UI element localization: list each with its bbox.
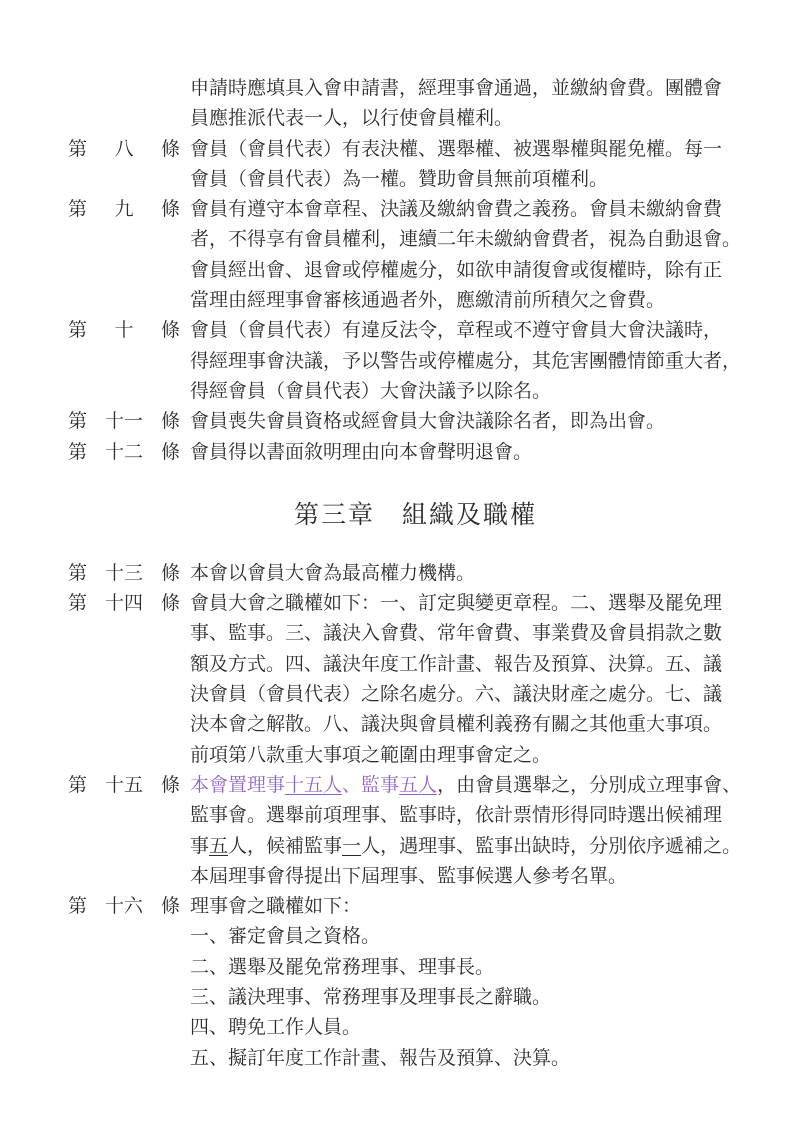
body-text: 五、擬訂年度工作計畫、報告及預算、決算。	[190, 1048, 570, 1069]
body-text: 本屆理事會得提出下屆理事、監事候選人參考名單。	[190, 866, 627, 887]
article-text: 會員大會之職權如下：一、訂定與變更章程。二、選舉及罷免理事、監事。三、議決入會費…	[190, 589, 722, 771]
text-line: 會員喪失會員資格或經會員大會決議除名者，即為出會。	[190, 407, 665, 437]
article-number-token: 條	[161, 589, 180, 619]
article-number: 第九條	[68, 195, 180, 225]
article-number-token: 第	[68, 438, 87, 468]
body-text: 理事會之職權如下：	[190, 896, 361, 917]
body-text: 得經會員（會員代表）大會決議予以除名。	[190, 381, 551, 402]
body-text: 會員（會員代表）為一權。贊助會員無前項權利。	[190, 169, 608, 190]
text-line: 本會置理事十五人、監事五人，由會員選舉之，分別成立理事會、	[190, 771, 741, 801]
text-line: 四、聘免工作人員。	[190, 1013, 570, 1043]
text-line: 者，不得享有會員權利，連續二年未繳納會費者，視為自動退會。	[190, 225, 741, 255]
text-line: 申請時應填具入會申請書，經理事會通過，並繳納會費。團體會	[190, 74, 722, 104]
article-row: 第十一條會員喪失會員資格或經會員大會決議除名者，即為出會。	[68, 407, 763, 437]
body-text: 人，遇理事、監事出缺時，分別依序遞補之。	[361, 836, 741, 857]
body-text: 者，不得享有會員權利，連續二年未繳納會費者，視為自動退會。	[190, 229, 741, 250]
revision-text: 、監事	[342, 775, 399, 796]
article-number-token: 十三	[105, 559, 143, 589]
revision-text: 五人	[399, 775, 437, 796]
article-number-token: 條	[161, 407, 180, 437]
article-row: 第十六條理事會之職權如下：一、審定會員之資格。二、選舉及罷免常務理事、理事長。三…	[68, 892, 763, 1074]
text-line: 當理由經理事會審核通過者外，應繳清前所積欠之會費。	[190, 286, 741, 316]
article-text: 會員喪失會員資格或經會員大會決議除名者，即為出會。	[190, 407, 665, 437]
article-number-token: 九	[114, 195, 133, 225]
text-line: 前項第八款重大事項之範圍由理事會定之。	[190, 741, 722, 771]
article-number: 第十一條	[68, 407, 180, 437]
body-text: 前項第八款重大事項之範圍由理事會定之。	[190, 745, 551, 766]
article-row: 第十五條本會置理事十五人、監事五人，由會員選舉之，分別成立理事會、監事會。選舉前…	[68, 771, 763, 892]
article-number-token: 條	[161, 438, 180, 468]
body-text: 一	[342, 836, 361, 857]
text-line: 得經會員（會員代表）大會決議予以除名。	[190, 377, 741, 407]
body-text: 四、聘免工作人員。	[190, 1017, 361, 1038]
article-number: 第十六條	[68, 892, 180, 922]
article-number: 第十條	[68, 316, 180, 346]
article-number-token: 第	[68, 589, 87, 619]
article-number-token: 八	[114, 135, 133, 165]
article-number-token: 第	[68, 771, 87, 801]
text-line: 會員（會員代表）有表決權、選舉權、被選舉權與罷免權。每一	[190, 135, 722, 165]
article-number-token: 條	[161, 559, 180, 589]
body-text: 決會員（會員代表）之除名處分。六、議決財產之處分。七、議	[190, 684, 722, 705]
body-text: 二、選舉及罷免常務理事、理事長。	[190, 957, 494, 978]
body-text: 本會以會員大會為最高權力機構。	[190, 563, 475, 584]
body-text: 會員（會員代表）有違反法令，章程或不遵守會員大會決議時，	[190, 320, 722, 341]
text-line: 事五人，候補監事一人，遇理事、監事出缺時，分別依序遞補之。	[190, 832, 741, 862]
article-number-token: 條	[161, 135, 180, 165]
body-text: 監事會。選舉前項理事、監事時，依計票情形得同時選出候補理	[190, 805, 722, 826]
body-text: 事	[190, 836, 209, 857]
body-text: 會員有遵守本會章程、決議及繳納會費之義務。會員未繳納會費	[190, 199, 722, 220]
article-text: 會員得以書面敘明理由向本會聲明退會。	[190, 438, 532, 468]
article-number-token: 十	[114, 316, 133, 346]
body-text: 會員喪失會員資格或經會員大會決議除名者，即為出會。	[190, 411, 665, 432]
article-number-token: 第	[68, 892, 87, 922]
text-line: 會員（會員代表）有違反法令，章程或不遵守會員大會決議時，	[190, 316, 741, 346]
article-row: 第十條會員（會員代表）有違反法令，章程或不遵守會員大會決議時，得經理事會決議，予…	[68, 316, 763, 407]
text-line: 會員有遵守本會章程、決議及繳納會費之義務。會員未繳納會費	[190, 195, 741, 225]
body-text: 額及方式。四、議決年度工作計畫、報告及預算、決算。五、議	[190, 654, 722, 675]
article-number: 第十二條	[68, 438, 180, 468]
document-page: 申請時應填具入會申請書，經理事會通過，並繳納會費。團體會員應推派代表一人，以行使…	[0, 0, 800, 1132]
text-line: 理事會之職權如下：	[190, 892, 570, 922]
article-number-token: 十一	[105, 407, 143, 437]
article-number-token: 十六	[105, 892, 143, 922]
text-line: 決本會之解散。八、議決與會員權利義務有關之其他重大事項。	[190, 710, 722, 740]
body-text: 三、議決理事、常務理事及理事長之辭職。	[190, 987, 551, 1008]
article-number-token: 第	[68, 316, 87, 346]
text-line: 五、擬訂年度工作計畫、報告及預算、決算。	[190, 1044, 570, 1074]
article-number-token: 第	[68, 407, 87, 437]
body-text: 會員大會之職權如下：一、訂定與變更章程。二、選舉及罷免理	[190, 593, 722, 614]
body-text: 當理由經理事會審核通過者外，應繳清前所積欠之會費。	[190, 290, 665, 311]
text-line: 員應推派代表一人，以行使會員權利。	[190, 104, 722, 134]
text-line: 一、審定會員之資格。	[190, 922, 570, 952]
article-number-token: 第	[68, 195, 87, 225]
article-row: 申請時應填具入會申請書，經理事會通過，並繳納會費。團體會員應推派代表一人，以行使…	[68, 74, 763, 135]
body-text: 員應推派代表一人，以行使會員權利。	[190, 108, 513, 129]
body-text: ，由會員選舉之，分別成立理事會、	[437, 775, 741, 796]
article-number: 第八條	[68, 135, 180, 165]
body-text: 事、監事。三、議決入會費、常年會費、事業費及會員捐款之數	[190, 623, 722, 644]
body-text: 申請時應填具入會申請書，經理事會通過，並繳納會費。團體會	[190, 78, 722, 99]
article-row: 第十四條會員大會之職權如下：一、訂定與變更章程。二、選舉及罷免理事、監事。三、議…	[68, 589, 763, 771]
article-number: 第十五條	[68, 771, 180, 801]
body-text: 會員（會員代表）有表決權、選舉權、被選舉權與罷免權。每一	[190, 139, 722, 160]
article-row: 第十二條會員得以書面敘明理由向本會聲明退會。	[68, 438, 763, 468]
text-line: 會員大會之職權如下：一、訂定與變更章程。二、選舉及罷免理	[190, 589, 722, 619]
body-text: 人，候補監事	[228, 836, 342, 857]
text-line: 二、選舉及罷免常務理事、理事長。	[190, 953, 570, 983]
article-text: 理事會之職權如下：一、審定會員之資格。二、選舉及罷免常務理事、理事長。三、議決理…	[190, 892, 570, 1074]
body-text: 一、審定會員之資格。	[190, 926, 380, 947]
article-number-token: 條	[161, 892, 180, 922]
text-line: 會員（會員代表）為一權。贊助會員無前項權利。	[190, 165, 722, 195]
article-number-token: 條	[161, 195, 180, 225]
article-number-token: 十二	[105, 438, 143, 468]
article-text: 會員（會員代表）有違反法令，章程或不遵守會員大會決議時，得經理事會決議，予以警告…	[190, 316, 741, 407]
article-text: 申請時應填具入會申請書，經理事會通過，並繳納會費。團體會員應推派代表一人，以行使…	[190, 74, 722, 135]
revision-text: 十五人	[285, 775, 342, 796]
text-line: 本會以會員大會為最高權力機構。	[190, 559, 475, 589]
text-line: 監事會。選舉前項理事、監事時，依計票情形得同時選出候補理	[190, 801, 741, 831]
revision-text: 本會置理事	[190, 775, 285, 796]
body-text: 五	[209, 836, 228, 857]
article-text: 會員（會員代表）有表決權、選舉權、被選舉權與罷免權。每一會員（會員代表）為一權。…	[190, 135, 722, 196]
text-line: 會員得以書面敘明理由向本會聲明退會。	[190, 438, 532, 468]
article-number-token: 第	[68, 135, 87, 165]
article-number: 第十三條	[68, 559, 180, 589]
text-line: 決會員（會員代表）之除名處分。六、議決財產之處分。七、議	[190, 680, 722, 710]
body-text: 會員得以書面敘明理由向本會聲明退會。	[190, 442, 532, 463]
body-text: 會員經出會、退會或停權處分，如欲申請復會或復權時，除有正	[190, 260, 722, 281]
article-row: 第十三條本會以會員大會為最高權力機構。	[68, 559, 763, 589]
body-text: 決本會之解散。八、議決與會員權利義務有關之其他重大事項。	[190, 714, 722, 735]
article-number-token: 條	[161, 316, 180, 346]
text-line: 本屆理事會得提出下屆理事、監事候選人參考名單。	[190, 862, 741, 892]
article-text: 本會置理事十五人、監事五人，由會員選舉之，分別成立理事會、監事會。選舉前項理事、…	[190, 771, 741, 892]
article-text: 本會以會員大會為最高權力機構。	[190, 559, 475, 589]
article-number-token: 條	[161, 771, 180, 801]
text-line: 額及方式。四、議決年度工作計畫、報告及預算、決算。五、議	[190, 650, 722, 680]
article-number-token: 十四	[105, 589, 143, 619]
text-line: 三、議決理事、常務理事及理事長之辭職。	[190, 983, 570, 1013]
article-row: 第九條會員有遵守本會章程、決議及繳納會費之義務。會員未繳納會費者，不得享有會員權…	[68, 195, 763, 316]
chapter-heading: 第三章 組織及職權	[68, 468, 763, 559]
article-number-token: 十五	[105, 771, 143, 801]
text-line: 得經理事會決議，予以警告或停權處分，其危害團體情節重大者，	[190, 347, 741, 377]
text-line: 事、監事。三、議決入會費、常年會費、事業費及會員捐款之數	[190, 619, 722, 649]
body-text: 得經理事會決議，予以警告或停權處分，其危害團體情節重大者，	[190, 351, 741, 372]
article-text: 會員有遵守本會章程、決議及繳納會費之義務。會員未繳納會費者，不得享有會員權利，連…	[190, 195, 741, 316]
article-number-token: 第	[68, 559, 87, 589]
text-line: 會員經出會、退會或停權處分，如欲申請復會或復權時，除有正	[190, 256, 741, 286]
document-content: 申請時應填具入會申請書，經理事會通過，並繳納會費。團體會員應推派代表一人，以行使…	[68, 74, 763, 1074]
article-row: 第八條會員（會員代表）有表決權、選舉權、被選舉權與罷免權。每一會員（會員代表）為…	[68, 135, 763, 196]
article-number: 第十四條	[68, 589, 180, 619]
